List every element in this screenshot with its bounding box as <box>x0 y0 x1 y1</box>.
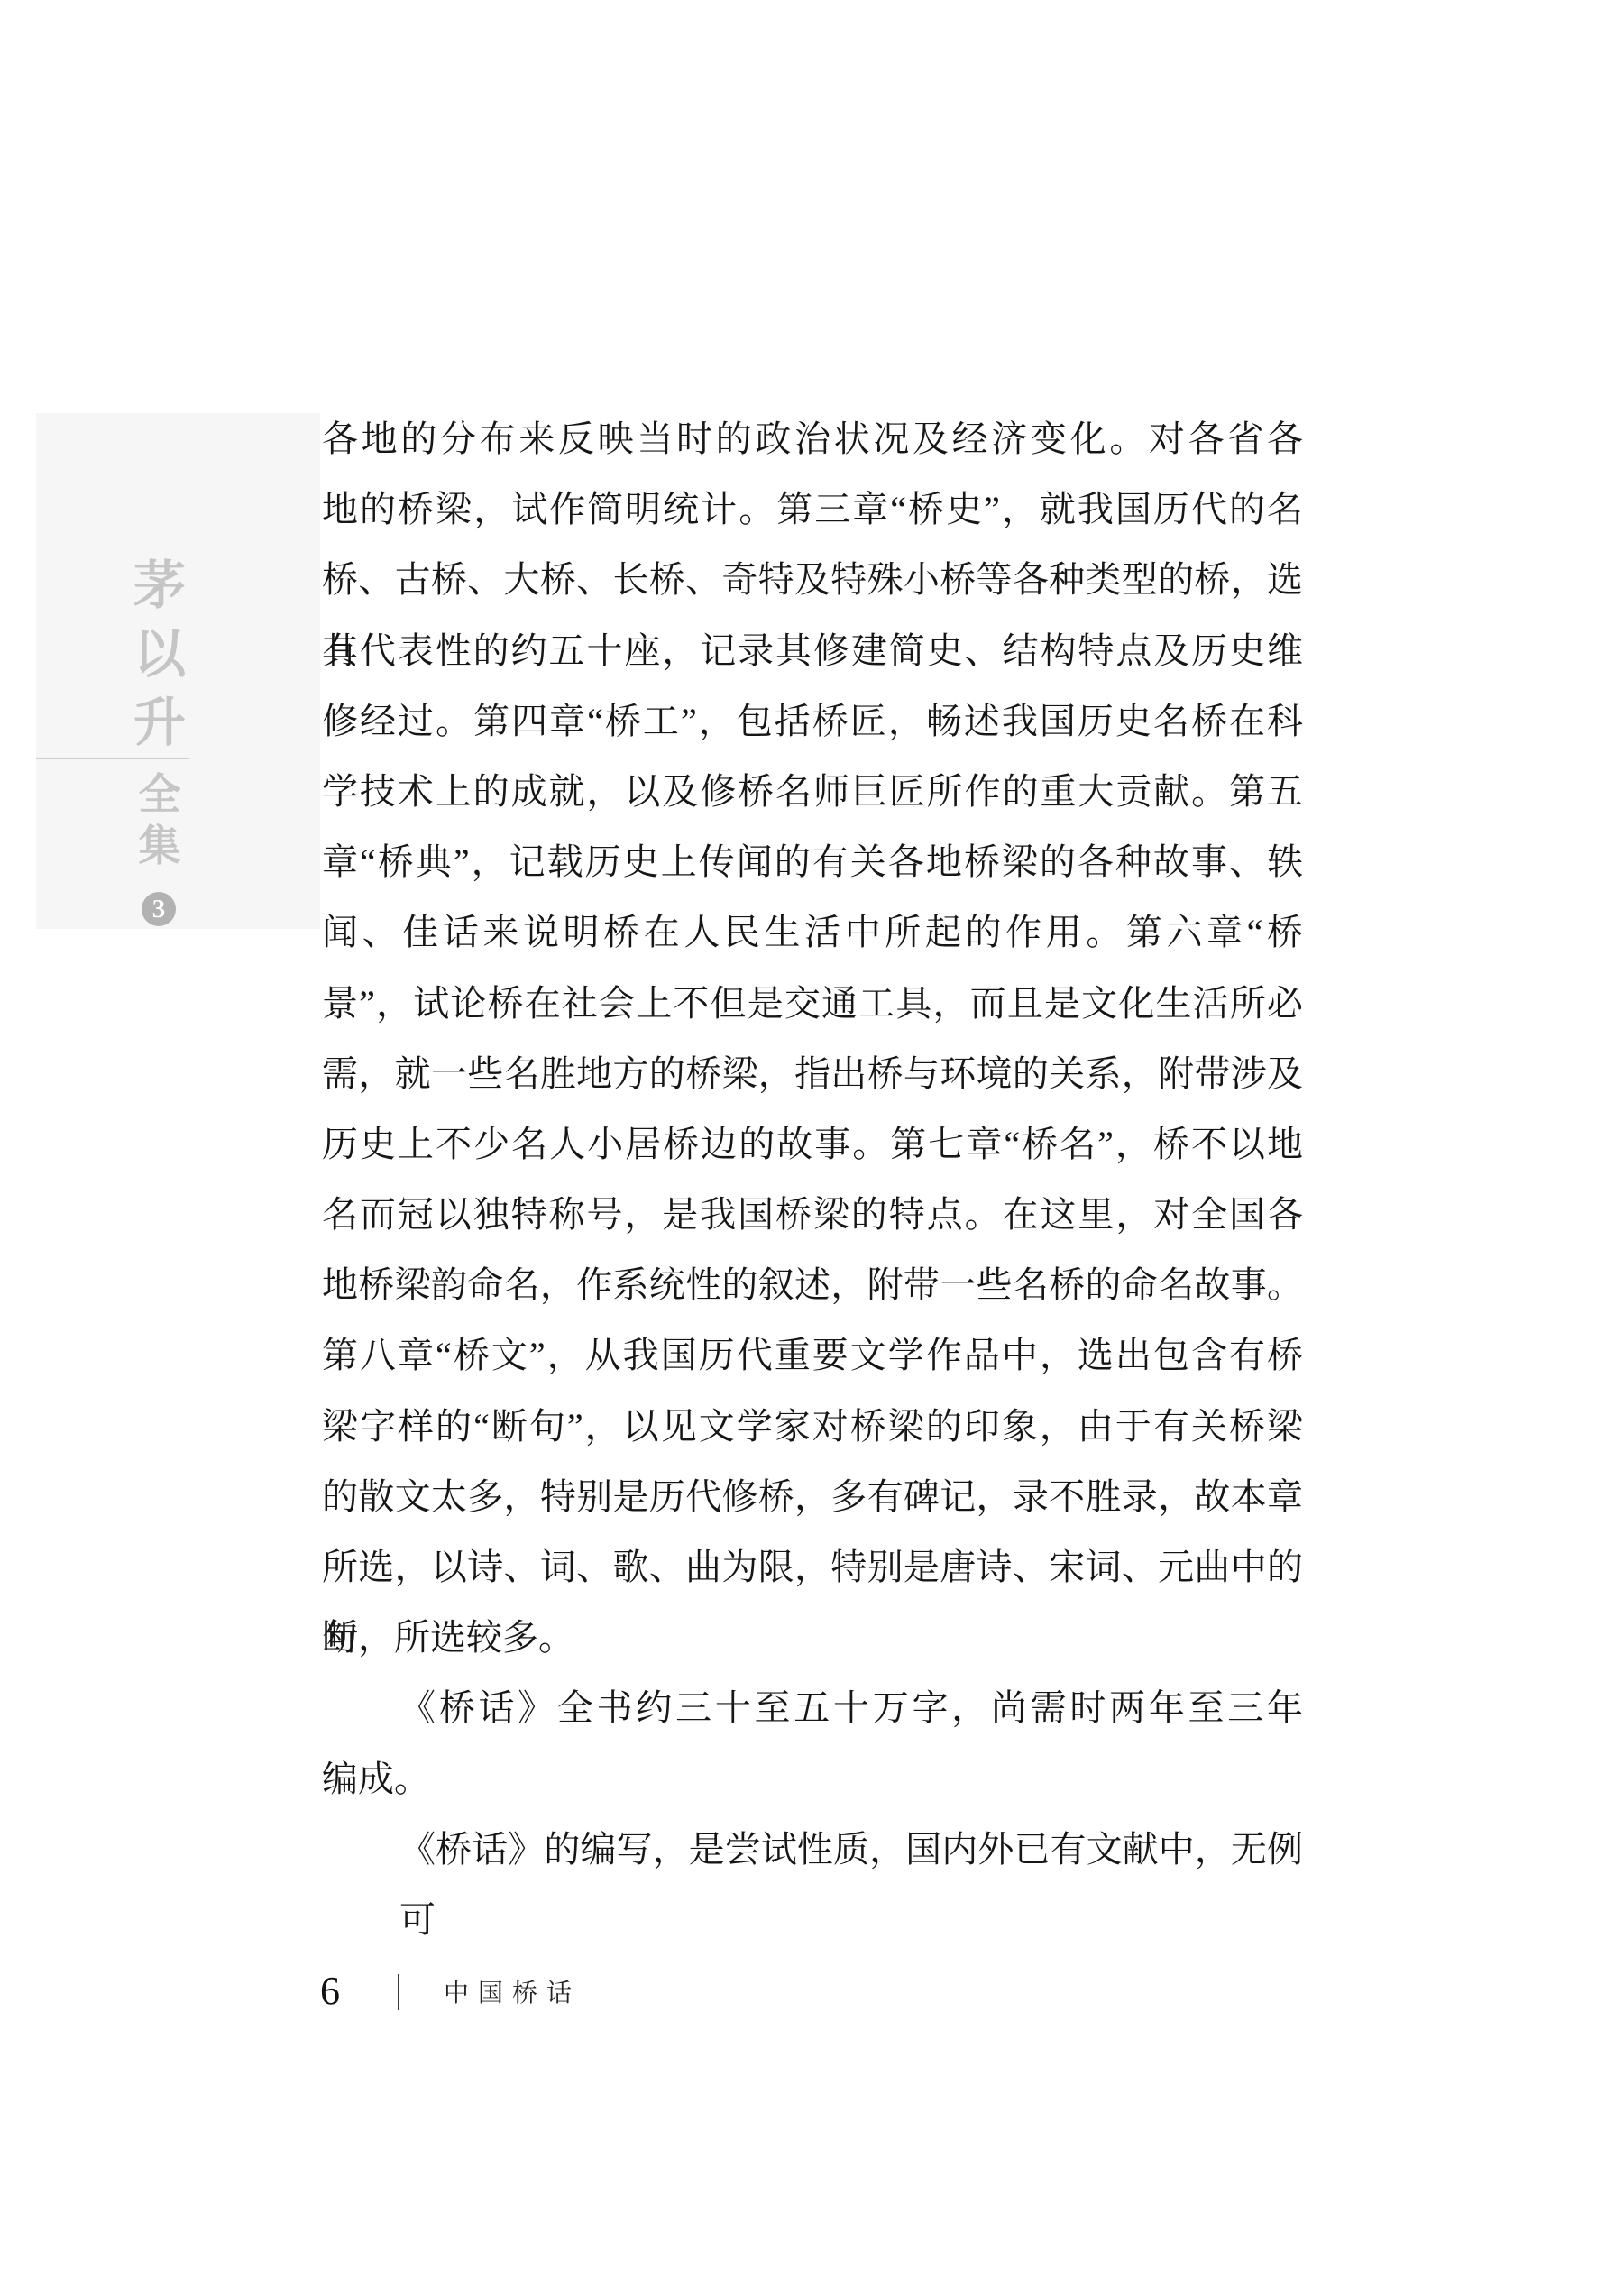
running-title: 中国桥话 <box>444 1979 581 2009</box>
text-line: 地的桥梁，试作简明统计。第三章“桥史”，就我国历代的名 <box>322 474 1303 545</box>
text-line: 需，就一些名胜地方的桥梁，指出桥与环境的关系，附带涉及 <box>322 1039 1303 1109</box>
text-line: 《桥话》的编写，是尝试性质，国内外已有文献中，无例可 <box>322 1815 1303 1885</box>
spine-subtitle-char: 集 <box>133 820 187 871</box>
spine-title-char: 茅 <box>133 552 187 620</box>
footer-divider-line <box>398 1974 399 2010</box>
text-line: 所选，以诗、词、歌、曲为限，特别是唐诗、宋词、元曲中的断 <box>322 1532 1303 1603</box>
text-line: 学技术上的成就，以及修桥名师巨匠所作的重大贡献。第五 <box>322 757 1303 827</box>
text-line: 有代表性的约五十座，记录其修建简史、结构特点及历史维 <box>322 616 1303 686</box>
spine-title-char: 升 <box>133 689 187 758</box>
text-line: 名而冠以独特称号，是我国桥梁的特点。在这里，对全国各 <box>322 1180 1303 1250</box>
text-line: 闻、佳话来说明桥在人民生活中所起的作用。第六章“桥 <box>322 897 1303 968</box>
text-line: 景”，试论桥在社会上不但是交通工具，而且是文化生活所必 <box>322 969 1303 1039</box>
text-line: 第八章“桥文”，从我国历代重要文学作品中，选出包含有桥 <box>322 1320 1303 1391</box>
spine-subtitle-char: 全 <box>133 768 187 820</box>
text-line: 《桥话》全书约三十至五十万字，尚需时两年至三年 <box>322 1673 1303 1743</box>
text-line: 历史上不少名人小居桥边的故事。第七章“桥名”，桥不以地 <box>322 1109 1303 1180</box>
body-text: 各地的分布来反映当时的政治状况及经济变化。对各省各地的桥梁，试作简明统计。第三章… <box>322 404 1303 1885</box>
text-line: 编成。 <box>322 1744 1303 1815</box>
text-line: 桥、古桥、大桥、长桥、奇特及特殊小桥等各种类型的桥，选其 <box>322 545 1303 615</box>
text-line: 梁字样的“断句”，以见文学家对桥梁的印象，由于有关桥梁 <box>322 1392 1303 1462</box>
volume-badge: 3 <box>142 892 176 926</box>
spine-title: 茅以升 <box>133 552 187 758</box>
text-line: 句，所选较多。 <box>322 1603 1303 1673</box>
text-line: 修经过。第四章“桥工”，包括桥匠，畅述我国历史名桥在科 <box>322 686 1303 757</box>
volume-number: 3 <box>152 895 166 924</box>
spine-subtitle: 全集 <box>133 768 187 871</box>
page-number: 6 <box>320 1971 340 2011</box>
text-line: 各地的分布来反映当时的政治状况及经济变化。对各省各 <box>322 404 1303 474</box>
text-line: 章“桥典”，记载历史上传闻的有关各地桥梁的各种故事、轶 <box>322 827 1303 897</box>
text-line: 地桥梁韵命名，作系统性的叙述，附带一些名桥的命名故事。 <box>322 1250 1303 1320</box>
spine-title-char: 以 <box>133 620 187 689</box>
text-line: 的散文太多，特别是历代修桥，多有碑记，录不胜录，故本章 <box>322 1462 1303 1532</box>
spine-divider-line <box>36 758 189 759</box>
book-page: 茅以升 全集 3 各地的分布来反映当时的政治状况及经济变化。对各省各地的桥梁，试… <box>0 0 1624 2279</box>
